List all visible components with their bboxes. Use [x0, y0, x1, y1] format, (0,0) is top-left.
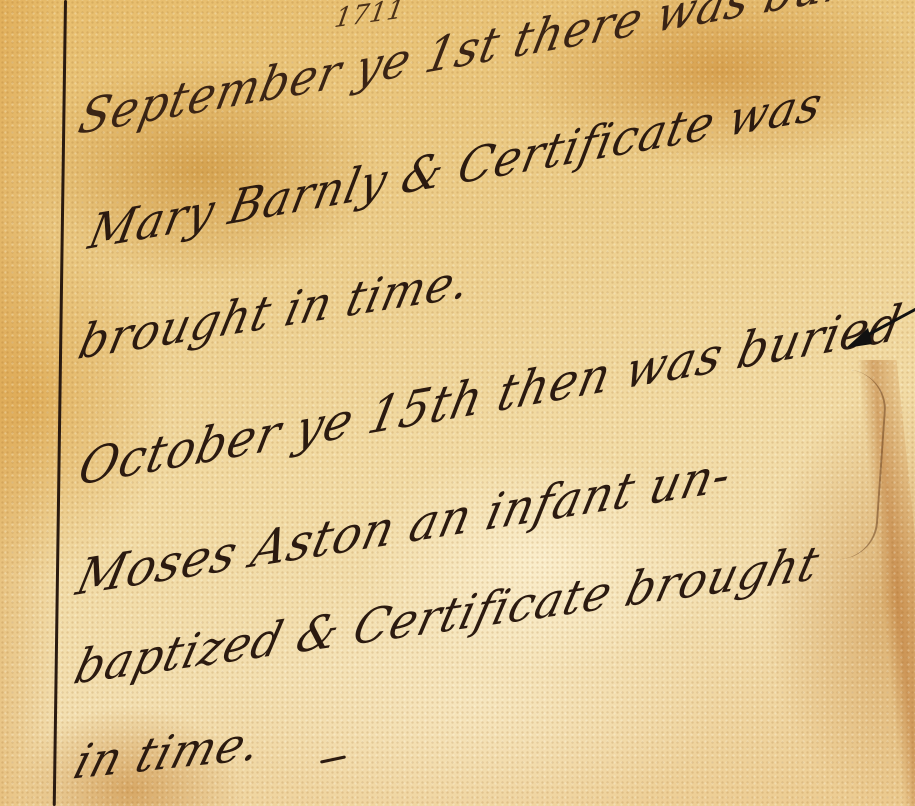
arrow-pointer-icon: [840, 300, 915, 360]
left-margin-stain: [0, 0, 60, 806]
